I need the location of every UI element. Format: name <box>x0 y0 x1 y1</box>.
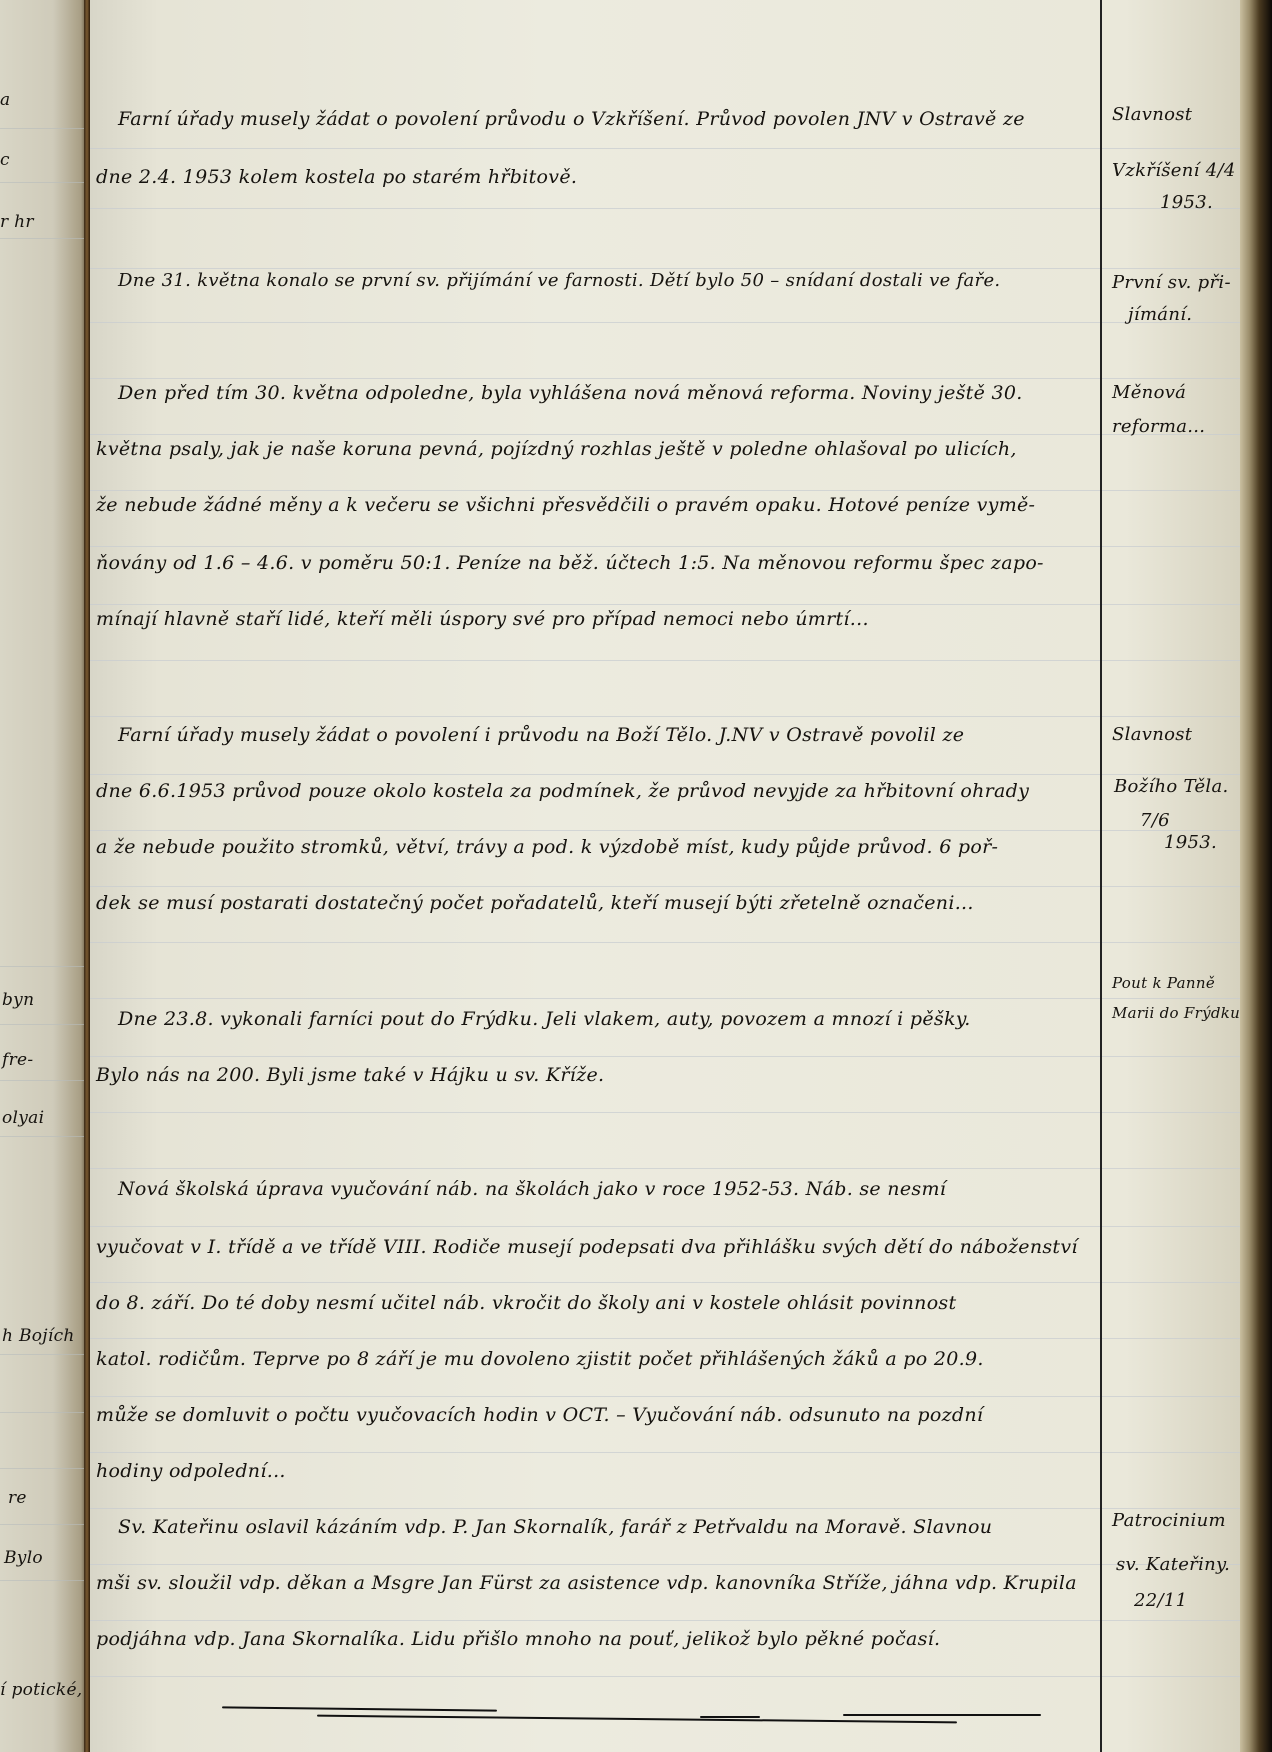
entry-line: může se domluvit o počtu vyučovacích hod… <box>96 1404 983 1426</box>
margin-note: 1953. <box>1164 832 1217 853</box>
left-fragment: í potické, <box>0 1680 83 1700</box>
left-fragment: h Bojích <box>2 1326 75 1346</box>
margin-note: Slavnost <box>1112 724 1192 745</box>
entry-line: Bylo nás na 200. Byli jsme také v Hájku … <box>96 1064 604 1086</box>
entry-line: mínají hlavně staří lidé, kteří měli úsp… <box>96 608 869 630</box>
previous-page-edge: a c r hr byn fre- olyai h Bojích re Bylo… <box>0 0 88 1752</box>
entry-line: Farní úřady musely žádat o povolení i pr… <box>118 724 964 746</box>
margin-note: Pout k Panně <box>1112 974 1215 992</box>
entry-line: ňovány od 1.6 – 4.6. v poměru 50:1. Pení… <box>96 552 1044 574</box>
left-fragment: Bylo <box>4 1548 43 1568</box>
entry-line: mši sv. sloužil vdp. děkan a Msgre Jan F… <box>96 1572 1077 1594</box>
entry-line: dne 6.6.1953 průvod pouze okolo kostela … <box>96 780 1029 802</box>
entry-line: dek se musí postarati dostatečný počet p… <box>96 892 974 914</box>
margin-note: První sv. při- <box>1112 272 1231 293</box>
margin-note: 1953. <box>1160 192 1213 213</box>
chronicle-page <box>90 0 1240 1752</box>
margin-note: Patrocinium <box>1112 1510 1226 1531</box>
margin-note: Marii do Frýdku. <box>1112 1004 1245 1022</box>
entry-line: a že nebude použito stromků, větví, tráv… <box>96 836 998 858</box>
entry-line: Den před tím 30. května odpoledne, byla … <box>118 382 1023 404</box>
entry-line: katol. rodičům. Teprve po 8 září je mu d… <box>96 1348 984 1370</box>
entry-line: května psaly, jak je naše koruna pevná, … <box>96 438 1017 460</box>
entry-line: dne 2.4. 1953 kolem kostela po starém hř… <box>96 166 577 188</box>
entry-line: podjáhna vdp. Jana Skornalíka. Lidu přiš… <box>96 1628 940 1650</box>
left-fragment: re <box>8 1488 27 1508</box>
left-fragment: r hr <box>0 212 34 232</box>
book-page-edge <box>1240 0 1272 1752</box>
entry-line: Nová školská úprava vyučování náb. na šk… <box>118 1178 946 1200</box>
end-stroke <box>843 1714 1041 1716</box>
end-stroke <box>700 1716 760 1718</box>
margin-note: Vzkříšení 4/4 <box>1112 160 1236 181</box>
margin-note: reforma... <box>1112 416 1205 437</box>
entry-line: Farní úřady musely žádat o povolení prův… <box>118 108 1025 130</box>
entry-line: vyučovat v I. třídě a ve třídě VIII. Rod… <box>96 1236 1078 1258</box>
entry-line: Sv. Kateřinu oslavil kázáním vdp. P. Jan… <box>118 1516 992 1538</box>
left-fragment: c <box>0 150 10 170</box>
entry-line: Dne 23.8. vykonali farníci pout do Frýdk… <box>118 1008 971 1030</box>
margin-divider <box>1100 0 1102 1752</box>
entry-line: do 8. září. Do té doby nesmí učitel náb.… <box>96 1292 956 1314</box>
entry-line: hodiny odpolední... <box>96 1460 286 1482</box>
margin-note: jímání. <box>1128 304 1192 325</box>
entry-line: že nebude žádné měny a k večeru se všich… <box>96 494 1035 516</box>
left-fragment: olyai <box>2 1108 44 1128</box>
margin-note: sv. Kateřiny. <box>1116 1554 1230 1575</box>
left-fragment: byn <box>2 990 34 1010</box>
margin-note: Slavnost <box>1112 104 1192 125</box>
left-fragment: a <box>0 90 10 110</box>
margin-note: Božího Těla. <box>1114 776 1229 797</box>
margin-note: Měnová <box>1112 382 1186 403</box>
entry-line: Dne 31. května konalo se první sv. přijí… <box>118 270 1000 291</box>
margin-note: 22/11 <box>1134 1590 1187 1611</box>
left-fragment: fre- <box>2 1050 33 1070</box>
margin-note: 7/6 <box>1140 810 1170 831</box>
